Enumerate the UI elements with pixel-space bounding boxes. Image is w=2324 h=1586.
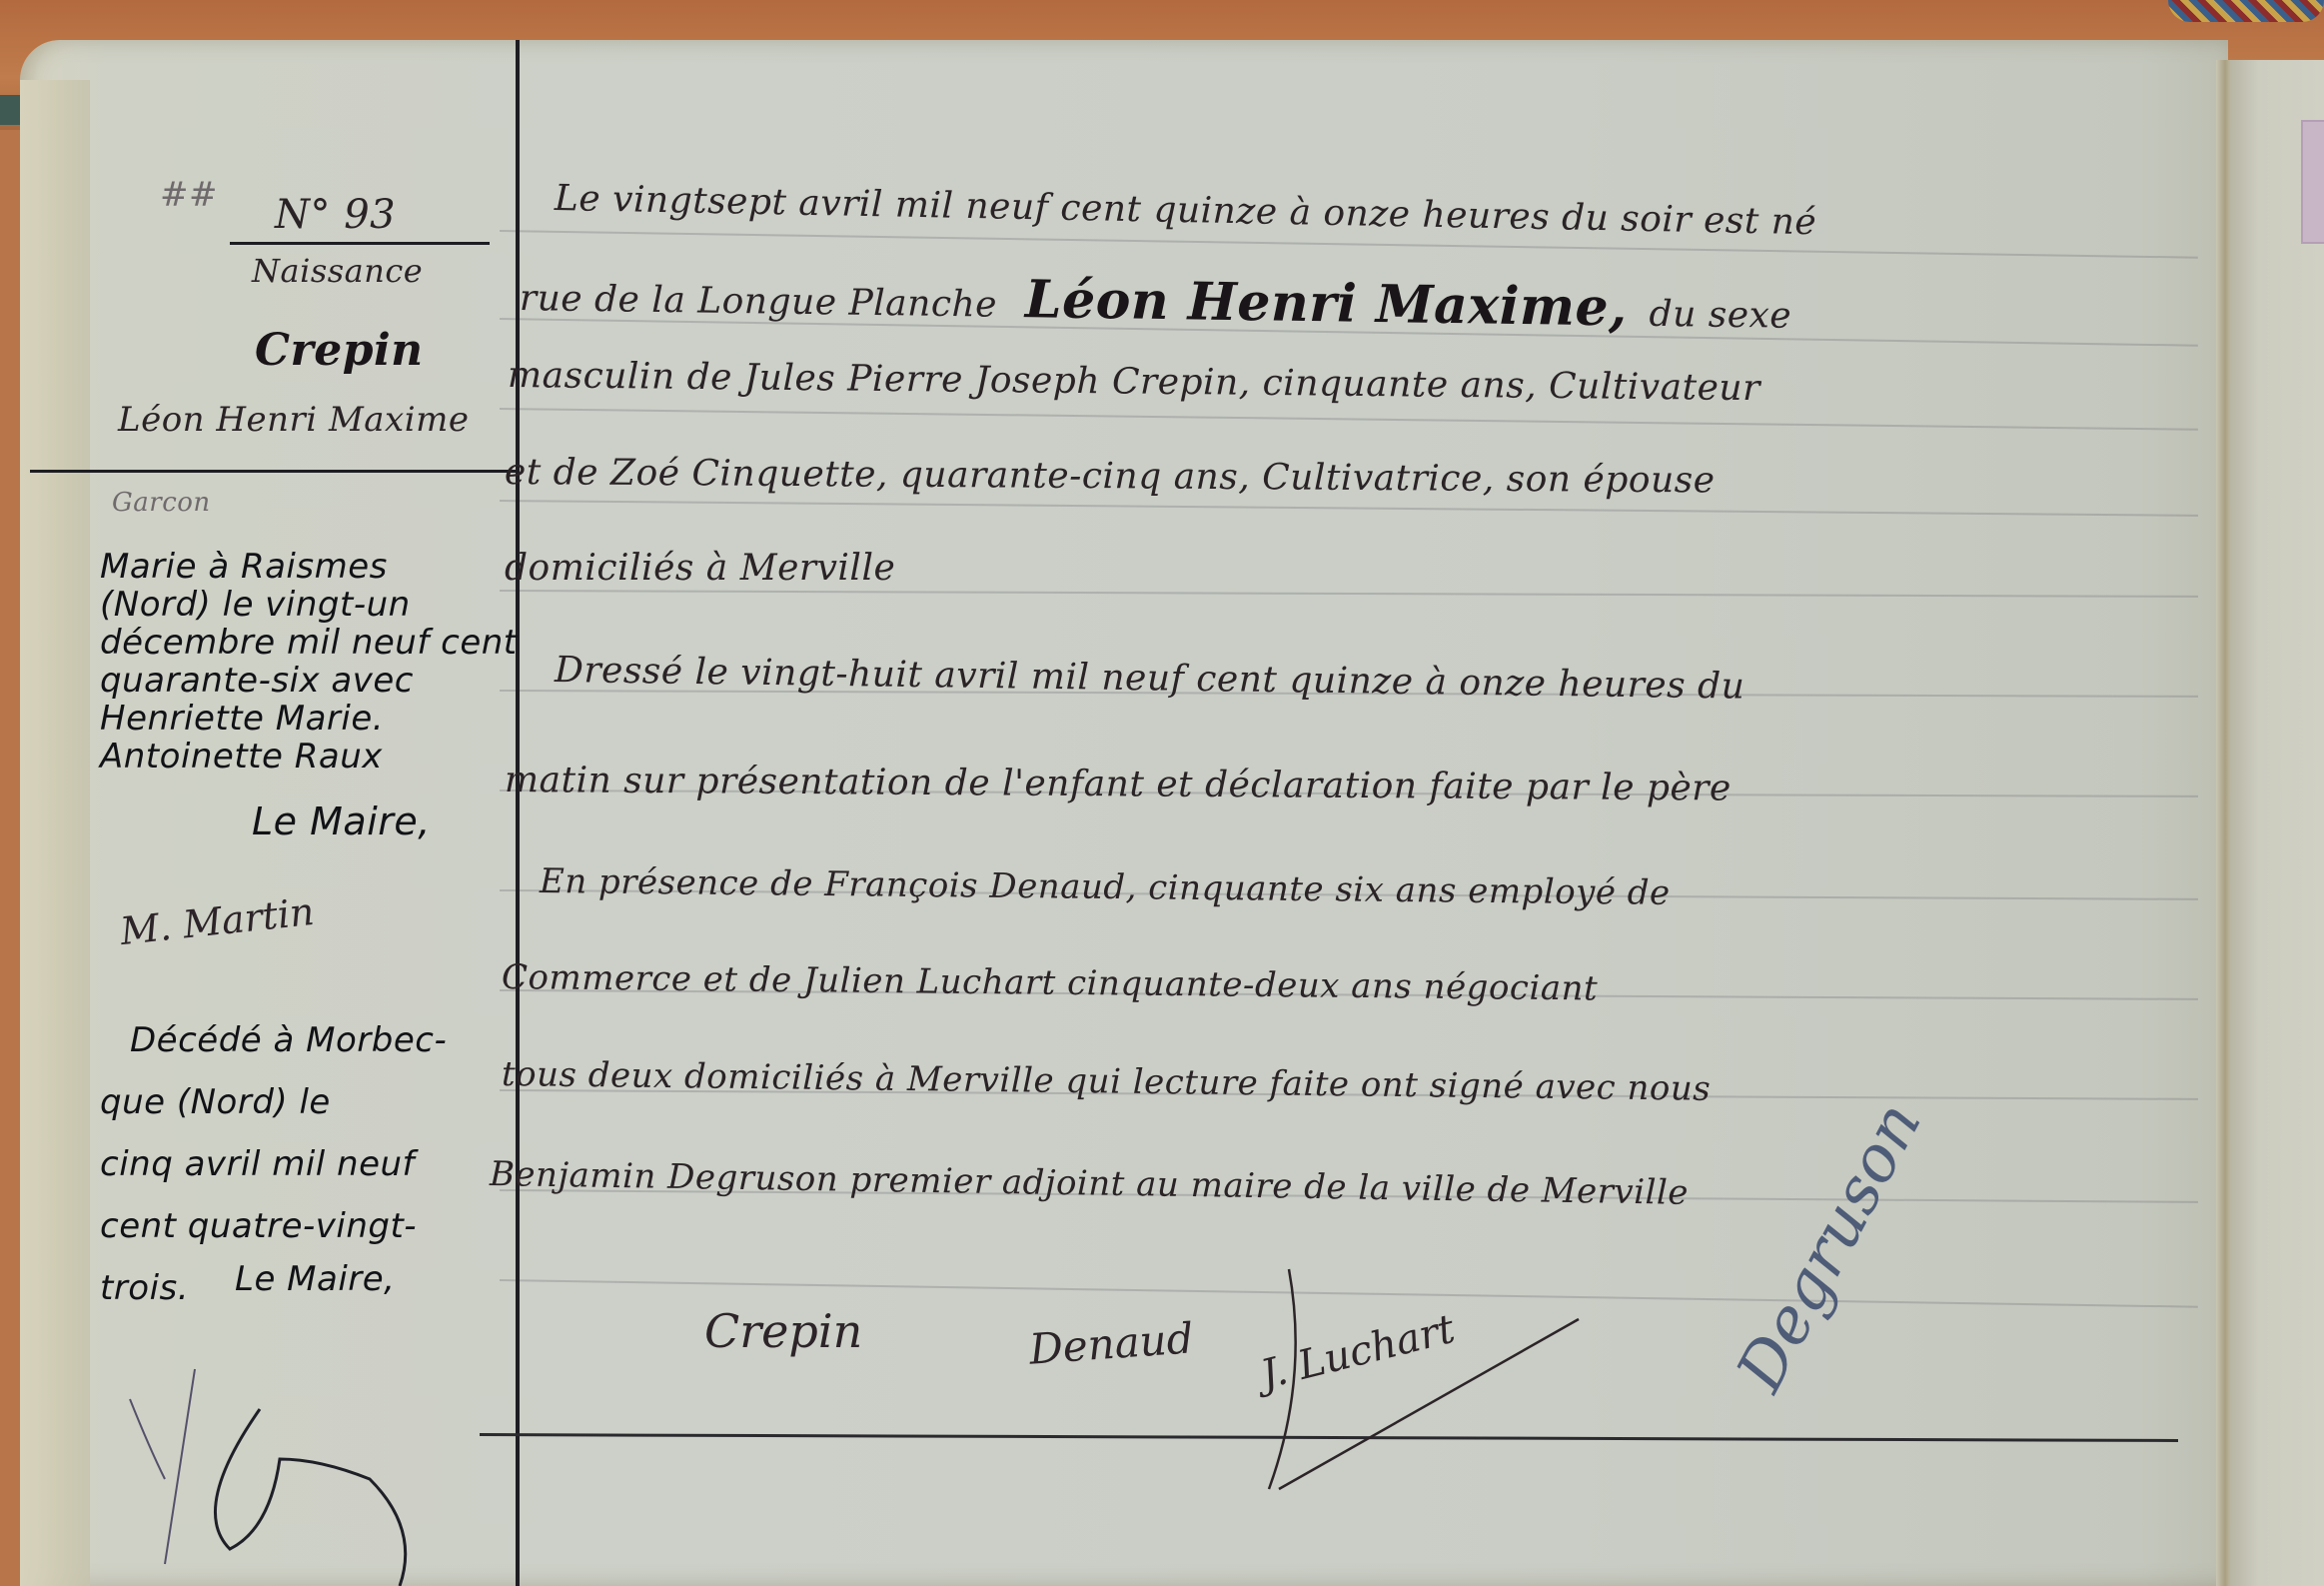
- sex-text: du sexe: [1649, 294, 1791, 337]
- child-name: Léon Henri Maxime,: [1025, 269, 1629, 338]
- body-line-5: domiciliés à Merville: [505, 548, 895, 589]
- annotation-line: cinq avril mil neuf: [100, 1133, 447, 1195]
- facing-page-edge: [2230, 60, 2324, 1586]
- annotation-line: Henriette Marie.: [100, 700, 518, 738]
- annotation-line: (Nord) le vingt-un: [100, 586, 518, 624]
- annotation-line: quarante-six avec: [100, 662, 518, 700]
- street-text: rue de la Longue Planche: [520, 278, 998, 326]
- record-number: N° 93: [275, 192, 396, 238]
- marriage-annotation: Marie à Raismes (Nord) le vingt-un décem…: [100, 548, 518, 776]
- signature-flourish-icon: [1249, 1259, 1609, 1509]
- revenue-stamp: [2301, 120, 2324, 244]
- margin-divider: [30, 470, 518, 473]
- annotation-line: décembre mil neuf cent: [100, 624, 518, 662]
- annotation-line: Marie à Raismes: [100, 548, 518, 586]
- body-line-4: et de Zoé Cinquette, quarante-cinq ans, …: [505, 452, 1716, 501]
- record-category: Naissance: [252, 252, 423, 290]
- annotation-line: Décédé à Morbec-: [100, 1009, 447, 1071]
- marriage-signoff: Le Maire,: [252, 799, 431, 843]
- annotation-line: Antoinette Raux: [100, 738, 518, 776]
- number-underline: [230, 242, 490, 245]
- sex-note: Garcon: [112, 488, 211, 518]
- binding-cord: [2168, 0, 2324, 22]
- annotation-line: cent quatre-vingt-: [100, 1195, 447, 1257]
- signature-father: Crepin: [704, 1304, 862, 1358]
- death-signoff: Le Maire,: [235, 1259, 396, 1299]
- death-mayor-signature-icon: [120, 1329, 440, 1586]
- record-surname: Crepin: [255, 325, 424, 376]
- pencil-mark: ##: [160, 175, 218, 215]
- annotation-line: que (Nord) le: [100, 1071, 447, 1133]
- body-line-7: matin sur présentation de l'enfant et dé…: [505, 760, 1732, 809]
- page-fold-edge: [20, 80, 90, 1586]
- record-given-names: Léon Henri Maxime: [118, 400, 469, 440]
